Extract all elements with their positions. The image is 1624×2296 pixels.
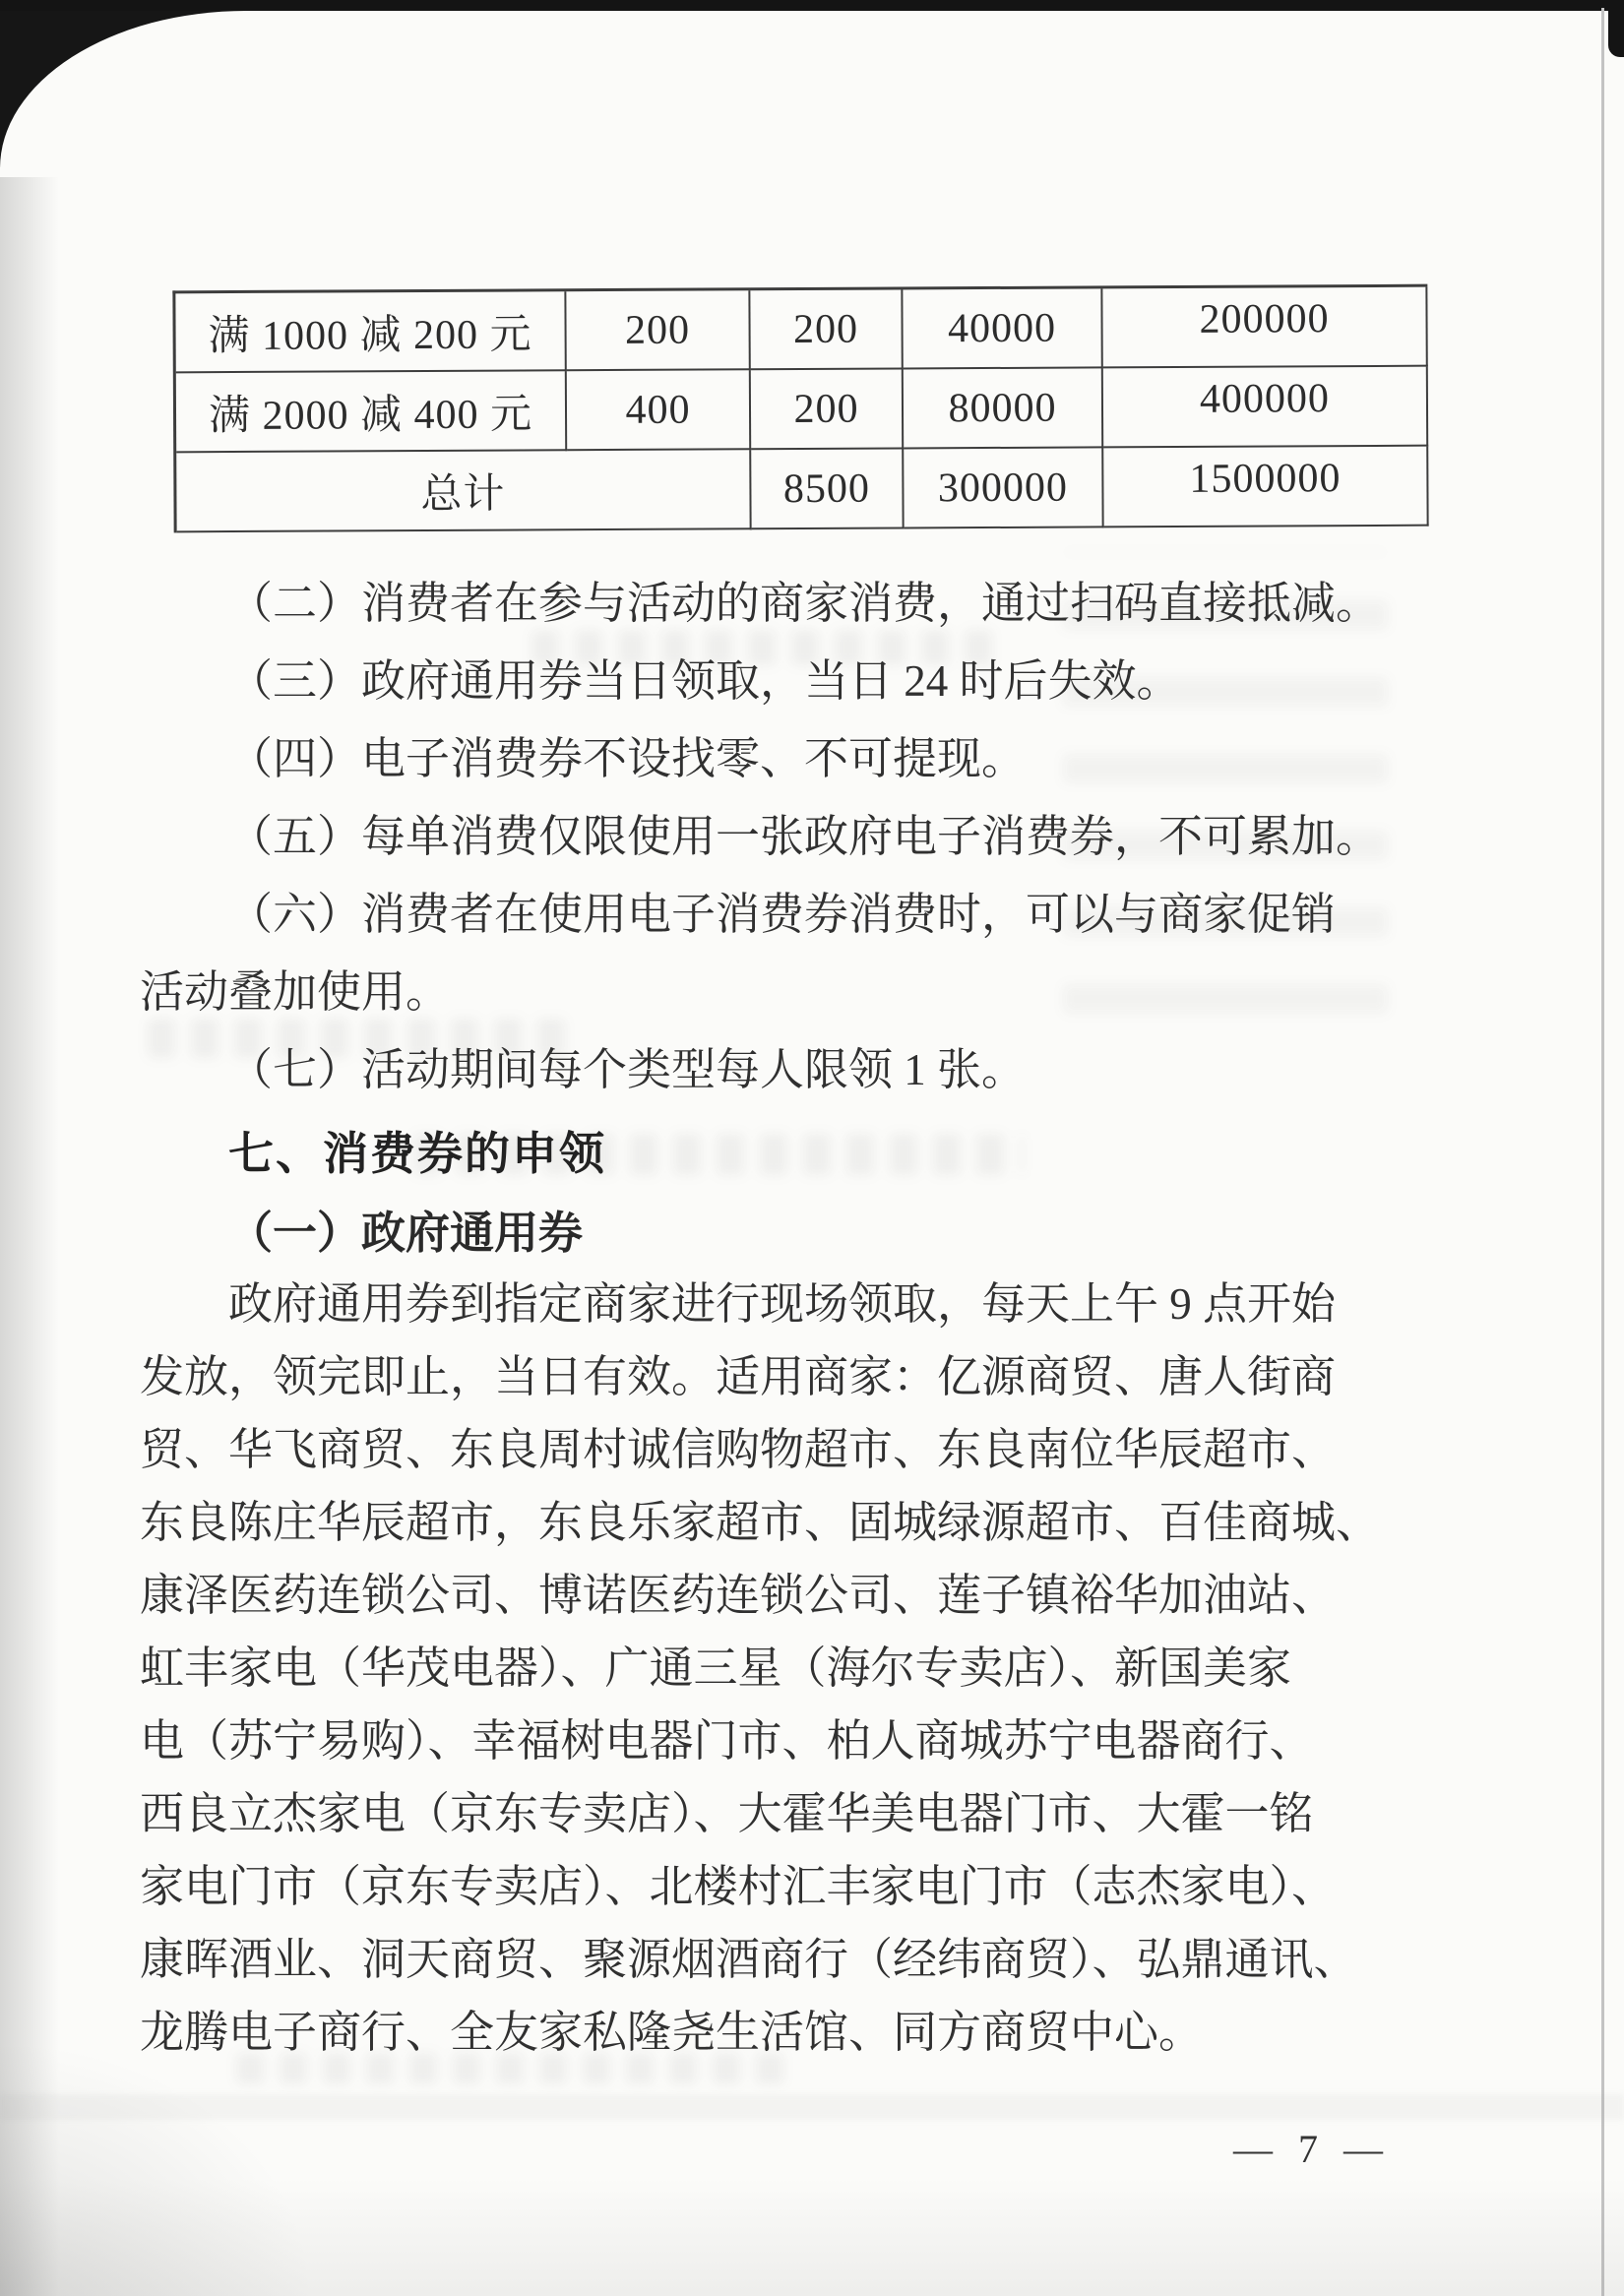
clause-line-continuation: 活动叠加使用。 (140, 954, 1409, 1031)
table-cell: 400000 (1103, 367, 1428, 449)
table-cell-tier-label: 满 1000 减 200 元 (175, 291, 566, 373)
clause-list: （二）消费者在参与活动的商家消费，通过扫码直接抵减。 （三）政府通用券当日领取，… (140, 565, 1409, 1109)
table-cell: 80000 (904, 368, 1103, 449)
table-cell: 200 (751, 369, 904, 450)
paragraph-line: 东良陈庄华辰超市，东良乐家超市、固城绿源超市、百佳商城、 (140, 1486, 1409, 1559)
scan-edge-left (0, 177, 59, 2296)
paragraph-line: 西良立杰家电（京东专卖店）、大霍华美电器门市、大霍一铭 (140, 1777, 1409, 1850)
scan-edge-right (1601, 8, 1604, 2296)
table-cell: 400 (567, 370, 751, 451)
paragraph-line: 政府通用券到指定商家进行现场领取，每天上午 9 点开始 (140, 1268, 1409, 1340)
scan-corner-top-right (1608, 0, 1624, 57)
section-heading: 七、消费券的申领 (228, 1118, 606, 1183)
paragraph-line: 虹丰家电（华茂电器）、广通三星（海尔专卖店）、新国美家 (140, 1632, 1409, 1705)
paragraph-line: 电（苏宁易购）、幸福树电器门市、柏人商城苏宁电器商行、 (140, 1705, 1409, 1777)
table-cell: 200000 (1102, 287, 1427, 369)
table-cell: 8500 (751, 449, 904, 529)
clause-line: （三）政府通用券当日领取，当日 24 时后失效。 (140, 643, 1409, 720)
paragraph-line: 康晖酒业、洞天商贸、聚源烟酒商行（经纬商贸）、弘鼎通讯、 (140, 1923, 1409, 1996)
scan-edge-top (0, 0, 1624, 11)
clause-line: （五）每单消费仅限使用一张政府电子消费券，不可累加。 (140, 798, 1409, 876)
paragraph-line: 康泽医药连锁公司、博诺医药连锁公司、莲子镇裕华加油站、 (140, 1559, 1409, 1632)
table-cell: 40000 (903, 288, 1102, 369)
paragraph-line: 家电门市（京东专卖店）、北楼村汇丰家电门市（志杰家电）、 (140, 1850, 1409, 1923)
paragraph-line: 发放，领完即止，当日有效。适用商家：亿源商贸、唐人街商 (140, 1340, 1409, 1413)
coupon-stats-table: 满 1000 减 200 元 200 200 40000 200000 满 20… (172, 284, 1428, 533)
table-cell: 300000 (904, 448, 1103, 528)
paragraph-line: 贸、华飞商贸、东良周村诚信购物超市、东良南位华辰超市、 (140, 1413, 1409, 1486)
clause-line: （六）消费者在使用电子消费券消费时，可以与商家促销 (140, 876, 1409, 954)
table-cell-tier-label: 满 2000 减 400 元 (176, 371, 567, 453)
table-cell: 200 (566, 290, 750, 371)
subsection-heading: （一）政府通用券 (228, 1197, 583, 1261)
page-number: — 7 — (1233, 2126, 1391, 2172)
paragraph-line: 龙腾电子商行、全友家私隆尧生活馆、同方商贸中心。 (140, 1996, 1409, 2069)
clause-line: （七）活动期间每个类型每人限领 1 张。 (140, 1031, 1409, 1109)
merchant-list-paragraph: 政府通用券到指定商家进行现场领取，每天上午 9 点开始 发放，领完即止，当日有效… (140, 1268, 1409, 2069)
clause-line: （四）电子消费券不设找零、不可提现。 (140, 720, 1409, 798)
table-cell: 200 (750, 289, 903, 370)
scan-artifact-band (0, 2094, 1624, 2120)
table-cell-total-label: 总计 (176, 450, 751, 532)
table-cell: 1500000 (1103, 447, 1428, 528)
clause-line: （二）消费者在参与活动的商家消费，通过扫码直接抵减。 (140, 565, 1409, 643)
